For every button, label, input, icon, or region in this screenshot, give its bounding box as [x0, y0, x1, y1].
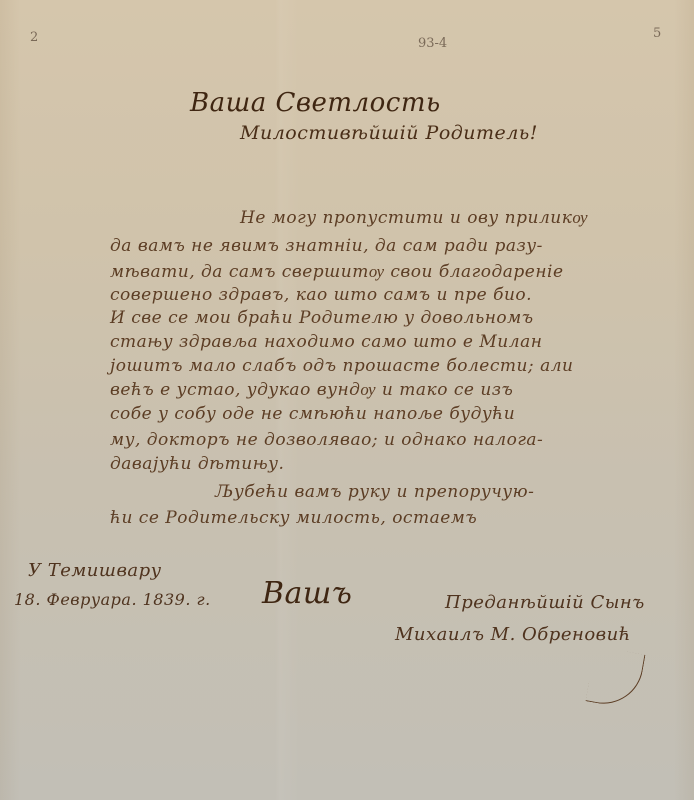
body-line: совершено здравъ, као што самъ и пре био… — [110, 285, 532, 305]
date-line: 18. Февруара. 1839. г. — [14, 590, 211, 609]
yours-word: Вашъ — [262, 576, 352, 611]
signature-line-1: Преданѣйшій Сынъ — [445, 592, 645, 613]
body-line: већъ е устао, удукао вундѹ и тако се изъ — [110, 380, 513, 400]
body-line: Не могу пропустити и ову приликѹ — [240, 208, 588, 228]
salutation-line-1: Ваша Светлость — [190, 88, 441, 118]
body-line: јошитъ мало слабъ одъ прошасте болести; … — [110, 356, 573, 376]
body-line: мѣвати, да самъ свершитѹ свои благодарен… — [110, 262, 564, 282]
place-line: У Темишвару — [28, 560, 162, 581]
signature-line-2: Михаилъ М. Обреновић — [395, 624, 631, 645]
salutation-line-2: Милостивѣйшій Родитель! — [240, 122, 538, 144]
margin-mark-right: 5 — [653, 26, 661, 41]
closing-line: Љубећи вамъ руку и препоручую- — [215, 482, 534, 502]
body-line: собе у собу оде не смѣюћи напоље будући — [110, 404, 515, 424]
body-line: давајући дѣтињу. — [110, 454, 284, 474]
body-line: да вамъ не явимъ знатніи, да сам ради ра… — [110, 236, 543, 256]
margin-mark-left: 2 — [30, 30, 38, 45]
signature-flourish — [586, 646, 646, 710]
archive-number: 93-4 — [418, 36, 447, 51]
closing-line: ћи се Родительску милость, остаемъ — [110, 508, 477, 528]
letter-page: 2 93-4 5 Ваша Светлость Милостивѣйшій Ро… — [0, 0, 694, 800]
body-line: И све се мои браћи Родителю у довольномъ — [110, 308, 534, 328]
body-line: му, докторъ не дозволявао; и однако нало… — [110, 430, 543, 450]
body-line: стању здравља находимо само што е Милан — [110, 332, 542, 352]
